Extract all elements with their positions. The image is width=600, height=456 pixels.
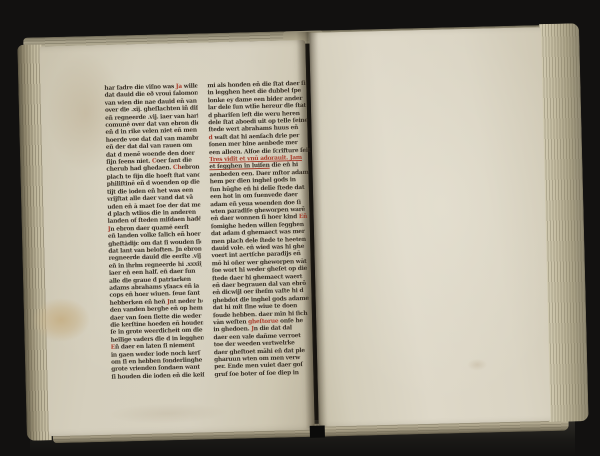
rubric-initial: Ja (176, 83, 182, 90)
manuscript-book: har ſadre die viſno was Ja willedat daui… (17, 23, 589, 445)
spine-bottom-tab (310, 426, 325, 438)
left-page: har ſadre die viſno was Ja willedat daui… (39, 40, 314, 436)
rubric-initial: d (209, 134, 213, 141)
rubric-initial: Ch (173, 164, 182, 171)
right-page: ren weder binnen iaers vol bidergracie g… (309, 27, 551, 427)
parchment-stain (108, 402, 228, 425)
rubric-initial: J (108, 225, 111, 232)
rubric-initial: J (251, 326, 254, 333)
text-line: ſi houden die ioden eñ die keiſ (111, 371, 204, 381)
rubric-initial: E (111, 344, 115, 351)
rubric-initial: J (167, 298, 170, 305)
rubric-initial: C (152, 158, 157, 165)
left-page-column-1: har ſadre die viſno was Ja willedat daui… (104, 83, 204, 383)
photo-background: har ſadre die viſno was Ja willedat daui… (0, 0, 600, 456)
parchment-stain (467, 359, 487, 371)
